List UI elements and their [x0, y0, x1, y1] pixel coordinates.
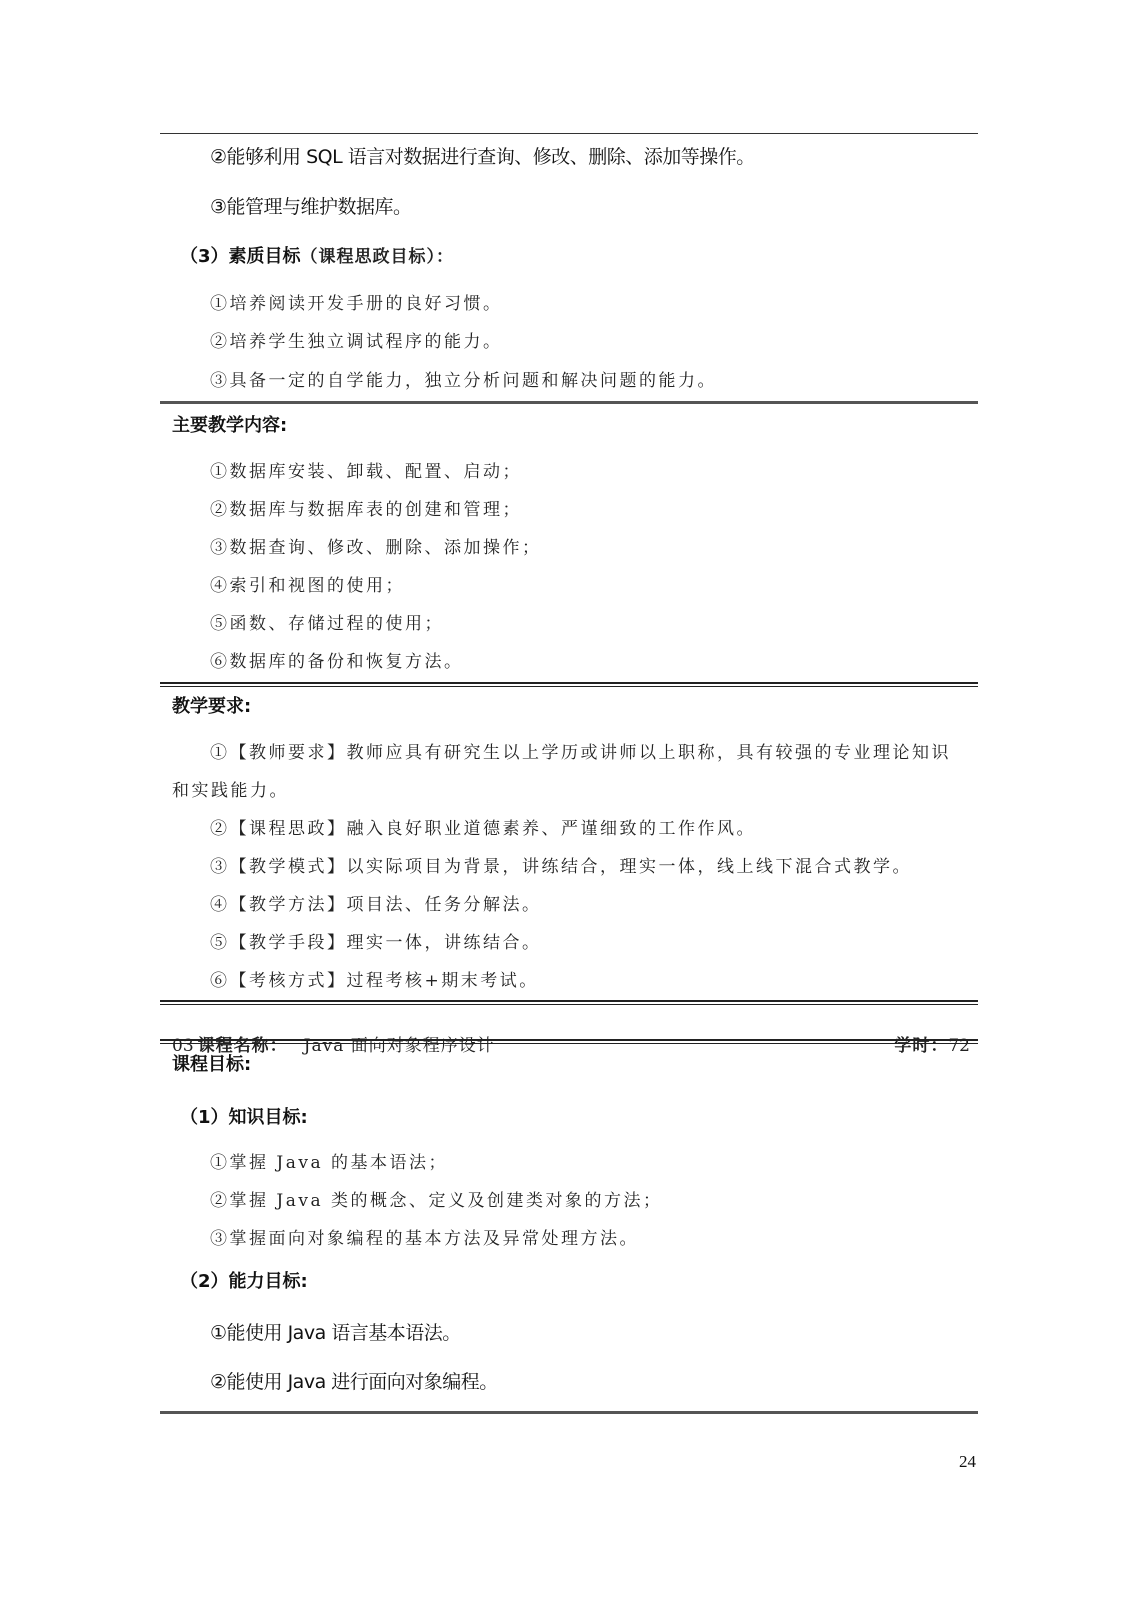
requirement-item-3: ③【教学模式】以实际项目为背景，讲练结合，理实一体，线上线下混合式教学。	[210, 852, 912, 877]
ability-goal-item-2: ②能使用 Java 进行面向对象编程。	[210, 1367, 498, 1394]
section-divider	[160, 401, 978, 404]
quality-item-3: ③具备一定的自学能力，独立分析问题和解决问题的能力。	[210, 366, 717, 391]
content-item-5: ⑤函数、存储过程的使用；	[210, 609, 444, 634]
requirement-item-1-line-2: 和实践能力。	[172, 776, 289, 801]
course-divider-top	[160, 1000, 978, 1005]
ability-item-2: ②能够利用 SQL 语言对数据进行查询、修改、删除、添加等操作。	[210, 142, 755, 169]
top-divider	[160, 133, 978, 134]
quality-goal-heading-bold: （3）素质目标	[180, 246, 301, 267]
requirement-item-2: ②【课程思政】融入良好职业道德素养、严谨细致的工作作风。	[210, 814, 756, 839]
content-item-6: ⑥数据库的备份和恢复方法。	[210, 647, 464, 672]
content-item-4: ④索引和视图的使用；	[210, 571, 405, 596]
quality-item-2: ②培养学生独立调试程序的能力。	[210, 327, 503, 352]
section-divider	[160, 682, 978, 687]
content-item-1: ①数据库安装、卸载、配置、启动；	[210, 457, 522, 482]
content-item-2: ②数据库与数据库表的创建和管理；	[210, 495, 522, 520]
course-divider-bottom	[160, 1039, 978, 1044]
teaching-requirements-heading: 教学要求:	[172, 692, 251, 718]
knowledge-item-2: ②掌握 Java 类的概念、定义及创建类对象的方法；	[210, 1186, 663, 1211]
quality-item-1: ①培养阅读开发手册的良好习惯。	[210, 289, 503, 314]
page-number: 24	[959, 1452, 976, 1472]
requirement-item-6: ⑥【考核方式】过程考核+期末考试。	[210, 966, 539, 991]
document-page: ②能够利用 SQL 语言对数据进行查询、修改、删除、添加等操作。 ③能管理与维护…	[0, 0, 1131, 1600]
requirement-item-5: ⑤【教学手段】理实一体，讲练结合。	[210, 928, 542, 953]
ability-goal-heading: （2）能力目标:	[180, 1267, 308, 1293]
requirement-item-4: ④【教学方法】项目法、任务分解法。	[210, 890, 542, 915]
quality-goal-heading: （3）素质目标（课程思政目标）：	[180, 242, 454, 268]
knowledge-goal-heading: （1）知识目标:	[180, 1103, 308, 1129]
knowledge-item-3: ③掌握面向对象编程的基本方法及异常处理方法。	[210, 1224, 639, 1249]
course-goals-heading: 课程目标:	[172, 1050, 251, 1076]
quality-goal-heading-rest: （课程思政目标）：	[301, 247, 455, 267]
main-content-heading: 主要教学内容:	[172, 411, 287, 437]
requirement-item-1-line-1: ①【教师要求】教师应具有研究生以上学历或讲师以上职称，具有较强的专业理论知识	[210, 738, 951, 763]
content-item-3: ③数据查询、修改、删除、添加操作；	[210, 533, 542, 558]
footer-divider	[160, 1411, 978, 1414]
knowledge-item-1: ①掌握 Java 的基本语法；	[210, 1148, 448, 1173]
ability-goal-item-1: ①能使用 Java 语言基本语法。	[210, 1318, 461, 1345]
ability-item-3: ③能管理与维护数据库。	[210, 192, 412, 219]
